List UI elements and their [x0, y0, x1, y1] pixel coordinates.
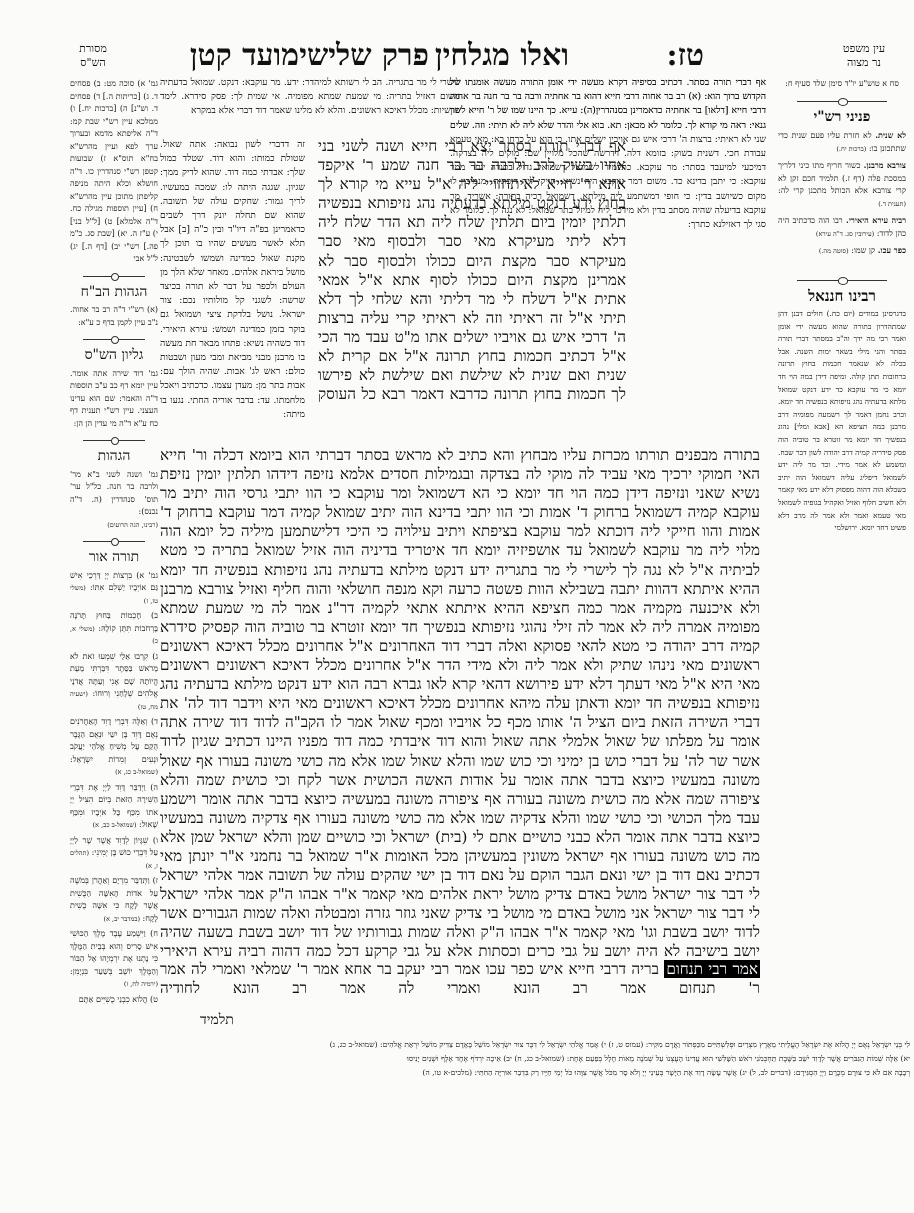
rabbeinu-chananel-text: בדגרסינן במודים (יום כח.) חולים דבנן דהן… — [778, 308, 906, 535]
ornament-divider — [83, 436, 145, 444]
ein-mishpat-label: עין משפט נר מצוה — [829, 42, 899, 70]
penei-rashi-entry: לא שנית. לא חזרת עליו פעם שנית כדי שתתכו… — [778, 129, 906, 155]
hagahot-habach-title: הגהות הב"ח — [70, 286, 158, 299]
torah-ohr-title: תורה אור — [70, 551, 158, 564]
ornament-divider — [83, 537, 145, 545]
torah-ohr-entry: ב) חָכְמוֹת בַּחוּץ תָּרֹנָּה בָּרְחֹבוֹ… — [70, 610, 158, 648]
right-margin: סח א טוש"ע יו"ד סימן שלד סעיף ח: פניני ר… — [778, 78, 906, 1028]
torah-ohr-entry: ח) וַיִּשְׁמַע עֶבֶד מֶלֶךְ הַכּוּשִׁי א… — [70, 928, 158, 991]
torah-ohr-entry: ו) שִׁגָּיוֹן לְדָוִד אֲשֶׁר שָׁר לַיְיָ… — [70, 835, 158, 873]
left-margin: גמ' א) סוכה מט: ב) פסחים ד. ג) [כריתות ה… — [70, 78, 158, 1028]
hagahot-ref: (רבינו, הגה הרועים) — [70, 519, 158, 532]
penei-rashi-entry: רביה עירא היאירי. רבו הוה כדכתיב היה כהן… — [778, 214, 906, 240]
penei-rashi-title: פניני רש"י — [778, 111, 906, 124]
page-number: טז: — [666, 38, 704, 73]
chapter-name: ואלו מגלחין — [435, 38, 569, 73]
masoret-hashas-text: גמ' א) סוכה מט: ב) פסחים ד. ג) [כריתות ה… — [70, 78, 158, 266]
footnote-line: לִי בְּנֵי יִשְׂרָאֵל נְאֻם יְיָ הֲלוֹא … — [160, 1038, 910, 1052]
gemara-text-main: בתורה מבפנים תורתו מכרזת עליו מבחוץ והא … — [160, 446, 760, 961]
penei-rashi-entry: כפר עכו. קן שמו: (סוטה מה.) — [778, 244, 906, 258]
gilyon-hashas-text: גמ' דוד שירה אתה אומר. עיין יומא דף כב ע… — [70, 368, 158, 431]
gemara-text-intro: אף דברי תורה בסתר יצא רבי חייא ושנה לשני… — [318, 137, 626, 443]
highlighted-phrase[interactable]: אמר רבי תנחום — [664, 960, 760, 978]
ein-mishpat-text: סח א טוש"ע יו"ד סימן שלד סעיף ח: — [778, 78, 906, 91]
penei-rashi-entry: צורבא מרבנן. כשור חריף מתו כיני דלריך במ… — [778, 159, 906, 210]
rabbeinu-chananel-title: רבינו חננאל — [778, 290, 906, 303]
ornament-divider — [797, 276, 887, 284]
gemara-text-end: אמר רבי תנחום בריה דרבי חייא איש כפר עכו… — [160, 960, 760, 1020]
hagahot-title: הגהות — [70, 450, 158, 463]
torah-ohr-entry: ט) הֲלוֹא כִבְנֵי כֻשִׁיִּים אַתֶּם — [70, 994, 158, 1007]
ornament-divider — [797, 97, 887, 105]
tractate-name: מועד קטן — [190, 38, 299, 73]
masoret-hashas-label: מסורת הש"ס — [58, 42, 128, 70]
torah-ohr-entry: ה) וַיְדַבֵּר דָּוִד לַיְיָ אֶת דִּבְרֵי… — [70, 782, 158, 832]
gemara-catchword: תלמיד — [200, 1012, 234, 1029]
gilyon-hashas-title: גליון הש"ס — [70, 349, 158, 362]
footnote-line: יא) אֵלֶּה שְׁמוֹת הַגִּבֹּרִים אֲשֶׁר ל… — [160, 1052, 910, 1066]
hagahot-text: גמ' ושנה לשני ב"א מר' ולרבה בר חנה. כל"ל… — [70, 469, 158, 519]
torah-ohr-entry: ז) וַתְּדַבֵּר מִרְיָם וְאַהֲרֹן בְּמֹשֶ… — [70, 875, 158, 925]
ornament-divider — [83, 272, 145, 280]
hagahot-habach-text: (א) רש"י ד"ה רב בר אחוה. נ"ב עיין לקמן ב… — [70, 304, 158, 329]
torah-ohr-entry: ג) קִרְבוּ אֵלַי שִׁמְעוּ זֹאת לֹא מֵרֹא… — [70, 651, 158, 714]
footnotes: לִי בְּנֵי יִשְׂרָאֵל נְאֻם יְיָ הֲלוֹא … — [160, 1038, 910, 1080]
chapter-number: פרק שלישי — [299, 38, 429, 73]
torah-ohr-entry: ד) וְאֵלֶּה דִּבְרֵי דָוִד הָאַחֲרֹנִים … — [70, 716, 158, 779]
footnote-line: רְבָבָה אִם לֹא כִּי צוּרָם מְכָרָם וַיְ… — [160, 1066, 910, 1080]
rashi-left-top: לישרי לי מר בתגריה. הב לי רשותא למיהדר: … — [160, 76, 460, 136]
torah-ohr-entry: גמ' א) בִּרְצוֹת יְיָ דַּרְכֵי אִישׁ גַּ… — [70, 570, 158, 608]
rashi-left-column: זה דדברי לשון נבואה: אתה שאול. שטולת כמו… — [160, 138, 305, 450]
ornament-divider — [83, 335, 145, 343]
